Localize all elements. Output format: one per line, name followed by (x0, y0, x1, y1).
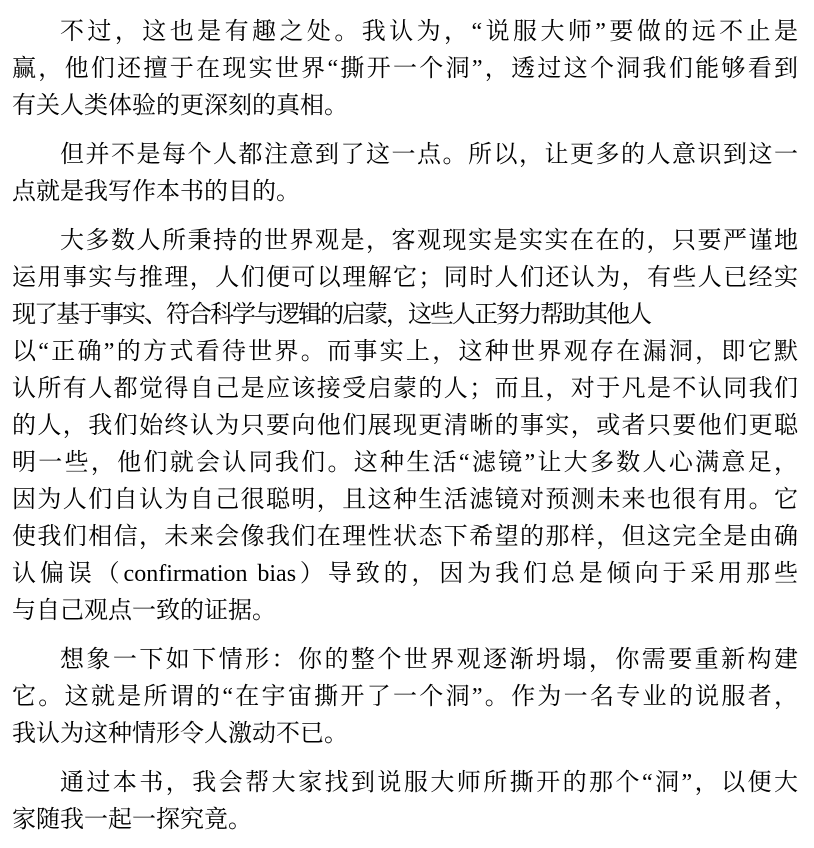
text-line: 因为人们自认为自己很聪明，且这种生活滤镜对预测未来也很有用。它 (12, 482, 798, 519)
paragraph-3: 大多数人所秉持的世界观是，客观现实是实实在在的，只要严谨地 运用事实与推理，人们… (12, 223, 798, 630)
text-line: 的人，我们始终认为只要向他们展现更清晰的事实，或者只要他们更聪 (12, 408, 798, 445)
text-line: 大多数人所秉持的世界观是，客观现实是实实在在的，只要严谨地 (12, 223, 798, 260)
paragraph-4: 想象一下如下情形：你的整个世界观逐渐坍塌，你需要重新构建 它。这就是所谓的“在宇… (12, 642, 798, 753)
text-line: 它。这就是所谓的“在宇宙撕开了一个洞”。作为一名专业的说服者， (12, 679, 798, 716)
text-line: 运用事实与推理，人们便可以理解它；同时人们还认为，有些人已经实 (12, 260, 798, 297)
text-line: 不过，这也是有趣之处。我认为，“说服大师”要做的远不止是 (12, 14, 798, 51)
text-line: 点就是我写作本书的目的。 (12, 174, 798, 211)
text-line: 但并不是每个人都注意到了这一点。所以，让更多的人意识到这一 (12, 137, 798, 174)
text-line: 我认为这种情形令人激动不已。 (12, 716, 798, 753)
book-page: 不过，这也是有趣之处。我认为，“说服大师”要做的远不止是 赢，他们还擅于在现实世… (0, 0, 814, 848)
text-line: 家随我一起一探究竟。 (12, 802, 798, 839)
paragraph-2: 但并不是每个人都注意到了这一点。所以，让更多的人意识到这一 点就是我写作本书的目… (12, 137, 798, 211)
text-line: 使我们相信，未来会像我们在理性状态下希望的那样，但这完全是由确 (12, 519, 798, 556)
paragraph-5: 通过本书，我会帮大家找到说服大师所撕开的那个“洞”，以便大 家随我一起一探究竟。 (12, 765, 798, 839)
text-line: 明一些，他们就会认同我们。这种生活“滤镜”让大多数人心满意足， (12, 445, 798, 482)
text-line: 认偏误（confirmation bias）导致的，因为我们总是倾向于采用那些 (12, 556, 798, 593)
text-line: 以“正确”的方式看待世界。而事实上，这种世界观存在漏洞，即它默 (12, 334, 798, 371)
text-line: 现了基于事实、符合科学与逻辑的启蒙，这些人正努力帮助其他人 (12, 297, 798, 334)
text-line: 认所有人都觉得自己是应该接受启蒙的人；而且，对于凡是不认同我们 (12, 371, 798, 408)
text-line: 有关人类体验的更深刻的真相。 (12, 88, 798, 125)
paragraph-1: 不过，这也是有趣之处。我认为，“说服大师”要做的远不止是 赢，他们还擅于在现实世… (12, 14, 798, 125)
text-line: 想象一下如下情形：你的整个世界观逐渐坍塌，你需要重新构建 (12, 642, 798, 679)
text-line: 赢，他们还擅于在现实世界“撕开一个洞”，透过这个洞我们能够看到 (12, 51, 798, 88)
text-line: 通过本书，我会帮大家找到说服大师所撕开的那个“洞”，以便大 (12, 765, 798, 802)
text-line: 与自己观点一致的证据。 (12, 593, 798, 630)
